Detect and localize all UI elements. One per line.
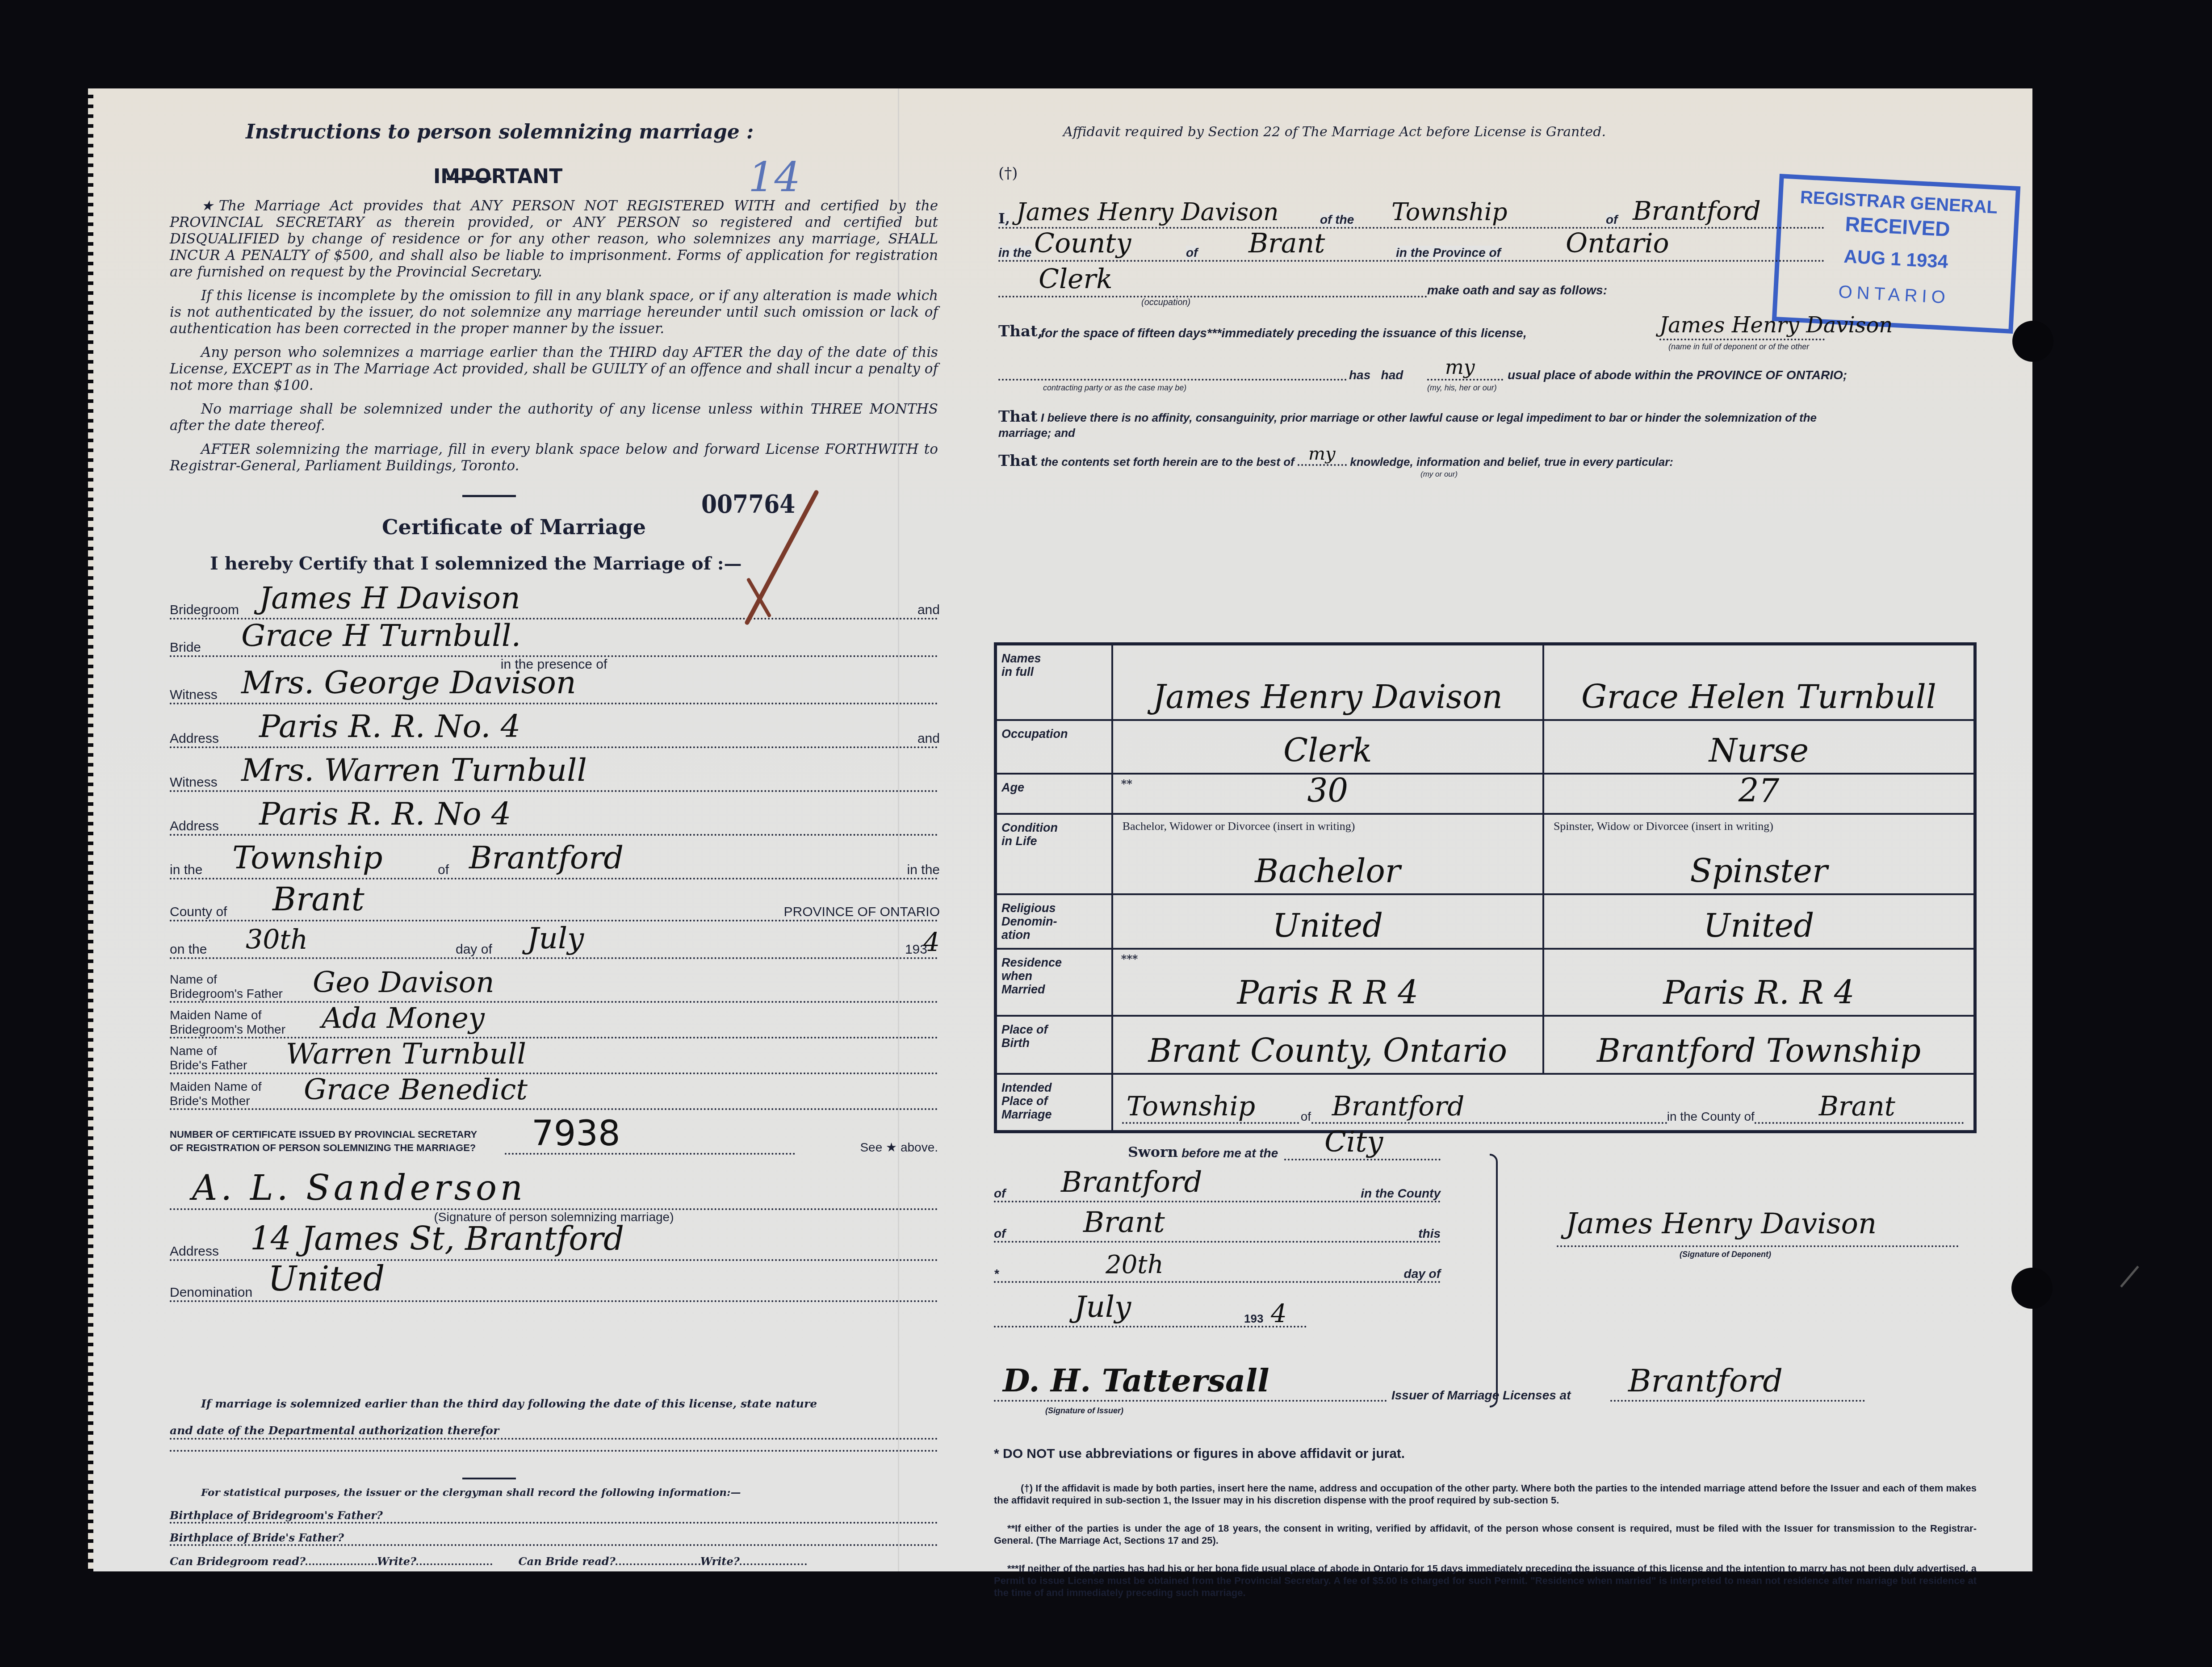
sworn-lead: Sworn: [1128, 1143, 1178, 1160]
jurat-line-2: of Brantford in the County: [994, 1160, 1441, 1202]
address-label: Address: [170, 819, 219, 834]
bride-value: Paris R. R 4: [1544, 974, 1973, 1011]
groom-value: Brant County, Ontario: [1113, 1032, 1542, 1069]
particulars-row: Religious Denomin- ationUnitedUnited: [996, 894, 1975, 949]
affidavit-heading: Affidavit required by Section 22 of The …: [1063, 124, 1606, 140]
bridegroom-name: James H Davison: [259, 581, 520, 616]
day-of-label: day of: [456, 942, 492, 957]
that-line-1b: has had my usual place of abode within t…: [998, 358, 1825, 381]
witness1-row: Witness Mrs. George Davison: [170, 675, 938, 704]
groom-read-field[interactable]: [306, 1563, 377, 1565]
address-label: Address: [170, 1244, 219, 1259]
county-type: County: [1034, 228, 1131, 259]
particulars-row: Residence when Married***Paris R R 4Pari…: [996, 949, 1975, 1016]
intended-line: TownshipofBrantfordin the County ofBrant: [1122, 1095, 1965, 1124]
in-the-label: in the: [170, 863, 202, 878]
witness2-address: Paris R. R. No 4: [259, 796, 511, 832]
bride-label: Bride: [170, 640, 201, 655]
cert-number: 7938: [532, 1114, 620, 1154]
deponent-name: James Henry Davison: [1016, 198, 1278, 226]
bride-mother-row: Maiden Name of Bride's Mother Grace Bene…: [170, 1074, 938, 1110]
marriage-day: 30th: [246, 924, 308, 955]
stats-heading: For statistical purposes, the issuer or …: [201, 1487, 741, 1499]
on-the-label: on the: [170, 942, 207, 957]
and-label: and: [917, 603, 940, 618]
i-label: I,: [998, 210, 1010, 227]
issuer-text: Issuer of Marriage Licenses at: [1391, 1388, 1571, 1403]
of-label: of: [438, 863, 449, 878]
witness-label: Witness: [170, 775, 218, 790]
municipality-name: Brantford: [1633, 196, 1761, 226]
issuer-signature-label: (Signature of Issuer): [1045, 1406, 1123, 1416]
of-label: of: [1301, 1110, 1311, 1124]
bride-value: Brantford Township: [1544, 1032, 1973, 1069]
municipality-type: Township: [232, 839, 383, 876]
groom-value: United: [1113, 907, 1542, 944]
deponent-signature: James Henry Davison: [1566, 1207, 1877, 1240]
row-label: Religious Denomin- ation: [996, 894, 1112, 949]
pronoun: my: [1445, 356, 1475, 379]
particulars-row: Age**3027: [996, 774, 1975, 814]
deponent-signature-label: (Signature of Deponent): [1680, 1250, 1771, 1259]
that1-hint2: contracting party or as the case may be): [1043, 383, 1186, 393]
marriage-month: July: [527, 921, 584, 955]
that3-pronoun-line: my: [1298, 464, 1347, 466]
row-label: Condition in Life: [996, 814, 1112, 894]
jurat-line-3: of Brant this: [994, 1202, 1441, 1243]
address-label: Address: [170, 731, 219, 746]
groom-cell: ***Paris R R 4: [1112, 949, 1543, 1016]
jurat-bracket: [1490, 1154, 1498, 1407]
intended-county: Brant: [1819, 1091, 1895, 1122]
instructions-text: ★The Marriage Act provides that ANY PERS…: [170, 198, 938, 474]
literacy-row: Can Bridegroom read?Write? Can Bride rea…: [170, 1555, 938, 1568]
denomination-label: Denomination: [170, 1285, 252, 1300]
groom-cell: Bachelor, Widower or Divorcee (insert in…: [1112, 814, 1543, 894]
footnote-marker: ***: [1121, 952, 1138, 965]
that-line-2: That I believe there is no affinity, con…: [998, 409, 1825, 440]
witness1-address: Paris R. R. No. 4: [259, 708, 520, 745]
that1-hint: (name in full of deponent or of the othe…: [998, 342, 1825, 358]
certificate-title: Certificate of Marriage: [382, 515, 646, 539]
particulars-row: Names in fullJames Henry DavisonGrace He…: [996, 644, 1975, 720]
this-label: this: [1418, 1227, 1441, 1241]
bride-cell: Brantford Township: [1543, 1016, 1975, 1074]
that3-hint: (my or our): [998, 470, 1825, 479]
early-note-2: and date of the Departmental authorizati…: [170, 1424, 499, 1437]
province-name: Ontario: [1566, 228, 1669, 259]
jurat-year-digit: 4: [1271, 1299, 1287, 1328]
footnote-dagger: (†) If the affidavit is made by both par…: [994, 1482, 1977, 1506]
that1-hints: contracting party or as the case may be)…: [998, 381, 1825, 398]
bride-write-field[interactable]: [740, 1563, 807, 1565]
province-label: PROVINCE OF ONTARIO: [784, 905, 940, 920]
in-the-label: in the: [907, 863, 940, 878]
bride-write-label: Write?: [700, 1555, 740, 1568]
instruction-paragraph: ★The Marriage Act provides that ANY PERS…: [170, 198, 938, 281]
that-line-1: That, for the space of fifteen days***im…: [998, 311, 1825, 342]
of-label: of: [1606, 213, 1617, 227]
groom-value: Bachelor: [1113, 852, 1542, 890]
punch-hole: [2011, 1268, 2053, 1309]
particulars-table: Names in fullJames Henry DavisonGrace He…: [994, 642, 1977, 1133]
groom-value: 30: [1113, 772, 1542, 809]
municipality-type: Township: [1391, 198, 1508, 226]
groom-cell: Clerk: [1112, 720, 1543, 774]
denomination: United: [268, 1259, 385, 1298]
that-lead: That,: [998, 323, 1043, 340]
bride-father-birthplace-label: Birthplace of Bride's Father?: [170, 1531, 344, 1544]
bride-father-name: Warren Turnbull: [286, 1038, 526, 1071]
witness2-name: Mrs. Warren Turnbull: [241, 752, 587, 788]
divider: [462, 495, 516, 497]
jurat-line-1: Sworn before me at the City: [994, 1134, 1441, 1160]
bride-cell: Nurse: [1543, 720, 1975, 774]
bride-read-label: Can Bride read?: [518, 1555, 615, 1568]
oath-text: make oath and say as follows:: [1427, 283, 1607, 297]
marriage-year-digit: 4: [923, 927, 940, 957]
cert-number-row: NUMBER OF CERTIFICATE ISSUED BY PROVINCI…: [170, 1110, 938, 1155]
county-label: County of: [170, 905, 227, 920]
address1-row: Address Paris R. R. No. 4 and: [170, 704, 938, 748]
groom-write-field[interactable]: [416, 1563, 492, 1565]
that3-text-a: the contents set forth herein are to the…: [1041, 455, 1295, 469]
jurat-place: Brantford: [1061, 1166, 1202, 1199]
bridegroom-label: Bridegroom: [170, 603, 239, 618]
that1-text: for the space of fifteen days***immediat…: [1041, 326, 1527, 340]
row-label: Intended Place of Marriage: [996, 1074, 1112, 1132]
officiant-signature-row: A. L. Sanderson: [170, 1155, 938, 1210]
issuer-row: D. H. Tattersall Issuer of Marriage Lice…: [994, 1375, 1887, 1402]
pencil-check-mark: [2120, 1265, 2139, 1287]
occupation-hint: (occupation): [998, 297, 1825, 311]
groom-cell: **30: [1112, 774, 1543, 814]
particulars-row: Place of BirthBrant County, OntarioBrant…: [996, 1016, 1975, 1074]
blank-line: [170, 1446, 938, 1452]
officiant-address-row: Address 14 James St, Brantford: [170, 1228, 938, 1261]
of-the-label: of the: [1320, 213, 1354, 227]
deponent-occupation: Clerk: [1039, 264, 1113, 295]
footnote-triple-star: ***If neither of the parties has had his…: [994, 1562, 1977, 1599]
place-type: City: [1324, 1126, 1383, 1159]
bride-cell: 27: [1543, 774, 1975, 814]
witness1-name: Mrs. George Davison: [241, 664, 576, 701]
year-prefix: 193: [1244, 1312, 1263, 1326]
county-name: Brant: [272, 880, 364, 918]
row-label: Residence when Married: [996, 949, 1112, 1016]
county-label: in the County of: [1667, 1110, 1755, 1124]
certificate-fields: Bridegroom James H Davison and Bride Gra…: [170, 586, 938, 1302]
date-row: on the 30th day of July 193 4: [170, 921, 938, 959]
county-name: Brant: [1248, 228, 1325, 259]
bride-father-label: Name of Bride's Father: [170, 1044, 247, 1072]
bride-read-field[interactable]: [616, 1563, 700, 1565]
groom-father-name: Geo Davison: [313, 966, 494, 999]
bride-row: Bride Grace H Turnbull.: [170, 620, 938, 657]
early-note-line: and date of the Departmental authorizati…: [170, 1424, 938, 1440]
jurat-line-4: * 20th day of: [994, 1243, 1441, 1283]
witness-label: Witness: [170, 687, 218, 703]
groom-father-birthplace-label: Birthplace of Bridegroom's Father?: [170, 1509, 383, 1522]
instruction-paragraph: No marriage shall be solemnized under th…: [170, 401, 938, 434]
particulars-row: Condition in LifeBachelor, Widower or Di…: [996, 814, 1975, 894]
row-label: Age: [996, 774, 1112, 814]
jurat-day: 20th: [1106, 1250, 1164, 1279]
oath-line-1: I, James Henry Davison of the Township o…: [998, 196, 1825, 229]
that1b-line: [998, 374, 1347, 381]
jurat-line-5: July 193 4: [994, 1283, 1307, 1328]
denomination-row: Denomination United: [170, 1261, 938, 1302]
pronoun-hint: (my, his, her or our): [1427, 383, 1497, 393]
that3-pronoun: my: [1308, 444, 1336, 464]
jurat-county: Brant: [1083, 1206, 1165, 1239]
groom-write-label: Write?: [377, 1555, 416, 1568]
footnote-star: * DO NOT use abbreviations or figures in…: [994, 1446, 1405, 1462]
groom-father-row: Name of Bridegroom's Father Geo Davison: [170, 959, 938, 1003]
that-lead: That: [998, 408, 1038, 426]
intended-type: Township: [1127, 1091, 1256, 1122]
bride-father-birthplace-row[interactable]: Birthplace of Bride's Father?: [170, 1531, 938, 1546]
intended-place: Brantford: [1332, 1091, 1465, 1122]
serial-number: 007764: [701, 490, 795, 519]
bride-cell: Spinster, Widow or Divorcee (insert in w…: [1543, 814, 1975, 894]
intended-place-cell: TownshipofBrantfordin the County ofBrant: [1112, 1074, 1975, 1132]
bride-mother-name: Grace Benedict: [304, 1073, 528, 1106]
oath-line-2: in the County of Brant in the Province o…: [998, 229, 1825, 262]
clerk-mark: 14: [748, 153, 800, 201]
that-lead: That: [998, 452, 1038, 470]
jurat-month: July: [1074, 1290, 1131, 1324]
row-label: Names in full: [996, 644, 1112, 720]
punch-hole: [2012, 321, 2053, 362]
oath-line-3: Clerk make oath and say as follows:: [998, 262, 1427, 297]
bride-value: Grace Helen Turnbull: [1544, 678, 1973, 716]
bride-value: Nurse: [1544, 732, 1973, 769]
municipality-name: Brantford: [469, 839, 624, 876]
dagger-marker: (†): [998, 164, 1018, 182]
instruction-paragraph: AFTER solemnizing the marriage, fill in …: [170, 441, 938, 474]
jurat-section: Sworn before me at the City of Brantford…: [994, 1134, 1441, 1328]
bride-mother-label: Maiden Name of Bride's Mother: [170, 1080, 261, 1108]
intended-place-row: Intended Place of MarriageTownshipofBran…: [996, 1074, 1975, 1132]
groom-father-label: Name of Bridegroom's Father: [170, 972, 283, 1001]
bridegroom-row: Bridegroom James H Davison and: [170, 586, 938, 620]
groom-mother-name: Ada Money: [322, 1002, 485, 1035]
deponent-signature-line: [1557, 1241, 1959, 1247]
footnote-double-star: **If either of the parties is under the …: [994, 1522, 1977, 1546]
groom-read-label: Can Bridegroom read?: [170, 1555, 306, 1568]
important-heading: IMPORTANT: [433, 165, 562, 188]
oath-section: I, James Henry Davison of the Township o…: [998, 196, 1825, 479]
bride-cell: Paris R. R 4: [1543, 949, 1975, 1016]
that3-text-b: knowledge, information and belief, true …: [1350, 455, 1673, 469]
early-note: If marriage is solemnized earlier than t…: [201, 1397, 817, 1410]
that2-text: I believe there is no affinity, consangu…: [998, 411, 1817, 440]
groom-value: Clerk: [1113, 732, 1542, 769]
bride-name: Grace H Turnbull.: [241, 618, 521, 653]
bride-value: 27: [1544, 772, 1973, 809]
groom-value: James Henry Davison: [1113, 678, 1542, 716]
officiant-signature: A. L. Sanderson: [192, 1168, 526, 1208]
that-line-3: That the contents set forth herein are t…: [998, 452, 1825, 470]
and-label: and: [917, 731, 940, 746]
witness2-row: Witness Mrs. Warren Turnbull: [170, 748, 938, 792]
of-label: of: [994, 1227, 1005, 1241]
groom-cell: James Henry Davison: [1112, 644, 1543, 720]
cert-number-label: NUMBER OF CERTIFICATE ISSUED BY PROVINCI…: [170, 1128, 477, 1155]
bride-cell: Grace Helen Turnbull: [1543, 644, 1975, 720]
issuer-place: Brantford: [1628, 1362, 1783, 1399]
instruction-paragraph: If this license is incomplete by the omi…: [170, 288, 938, 337]
bride-hint: Spinster, Widow or Divorcee (insert in w…: [1545, 815, 1973, 838]
address2-row: Address Paris R. R. No 4: [170, 792, 938, 836]
particulars-row: OccupationClerkNurse: [996, 720, 1975, 774]
groom-mother-label: Maiden Name of Bridegroom's Mother: [170, 1008, 285, 1037]
municipality-row: in the Township of Brantford in the: [170, 836, 938, 880]
sworn-text: before me at the: [1181, 1146, 1278, 1160]
bride-father-row: Name of Bride's Father Warren Turnbull: [170, 1039, 938, 1074]
of-label: of: [994, 1186, 1005, 1201]
instructions-heading: Instructions to person solemnizing marri…: [246, 121, 754, 143]
groom-cell: United: [1112, 894, 1543, 949]
groom-hint: Bachelor, Widower or Divorcee (insert in…: [1114, 815, 1542, 838]
certify-line: I hereby Certify that I solemnized the M…: [210, 553, 742, 574]
row-label: Occupation: [996, 720, 1112, 774]
divider: [462, 1478, 516, 1479]
instruction-paragraph: Any person who solemnizes a marriage ear…: [170, 344, 938, 394]
bride-value: United: [1544, 907, 1973, 944]
in-the-label: in the: [998, 246, 1032, 260]
marriage-license-document: Instructions to person solemnizing marri…: [92, 88, 2032, 1571]
groom-mother-row: Maiden Name of Bridegroom's Mother Ada M…: [170, 1003, 938, 1039]
officiant-address: 14 James St, Brantford: [250, 1220, 624, 1257]
row-label: Place of Birth: [996, 1016, 1112, 1074]
groom-father-birthplace-row[interactable]: Birthplace of Bridegroom's Father?: [170, 1509, 938, 1524]
see-above-label: See ★ above.: [860, 1140, 938, 1155]
county-row: County of Brant PROVINCE OF ONTARIO: [170, 880, 938, 921]
bride-value: Spinster: [1544, 852, 1973, 890]
in-county-label: in the County: [1361, 1186, 1441, 1201]
bride-cell: United: [1543, 894, 1975, 949]
of-label: of: [1186, 246, 1198, 260]
that1-name: James Henry Davison: [1659, 313, 1893, 338]
day-of-label: day of: [1404, 1267, 1441, 1281]
groom-cell: Brant County, Ontario: [1112, 1016, 1543, 1074]
province-label: in the Province of: [1396, 246, 1501, 260]
issuer-signature: D. H. Tattersall: [1003, 1362, 1269, 1399]
groom-value: Paris R R 4: [1113, 974, 1542, 1011]
